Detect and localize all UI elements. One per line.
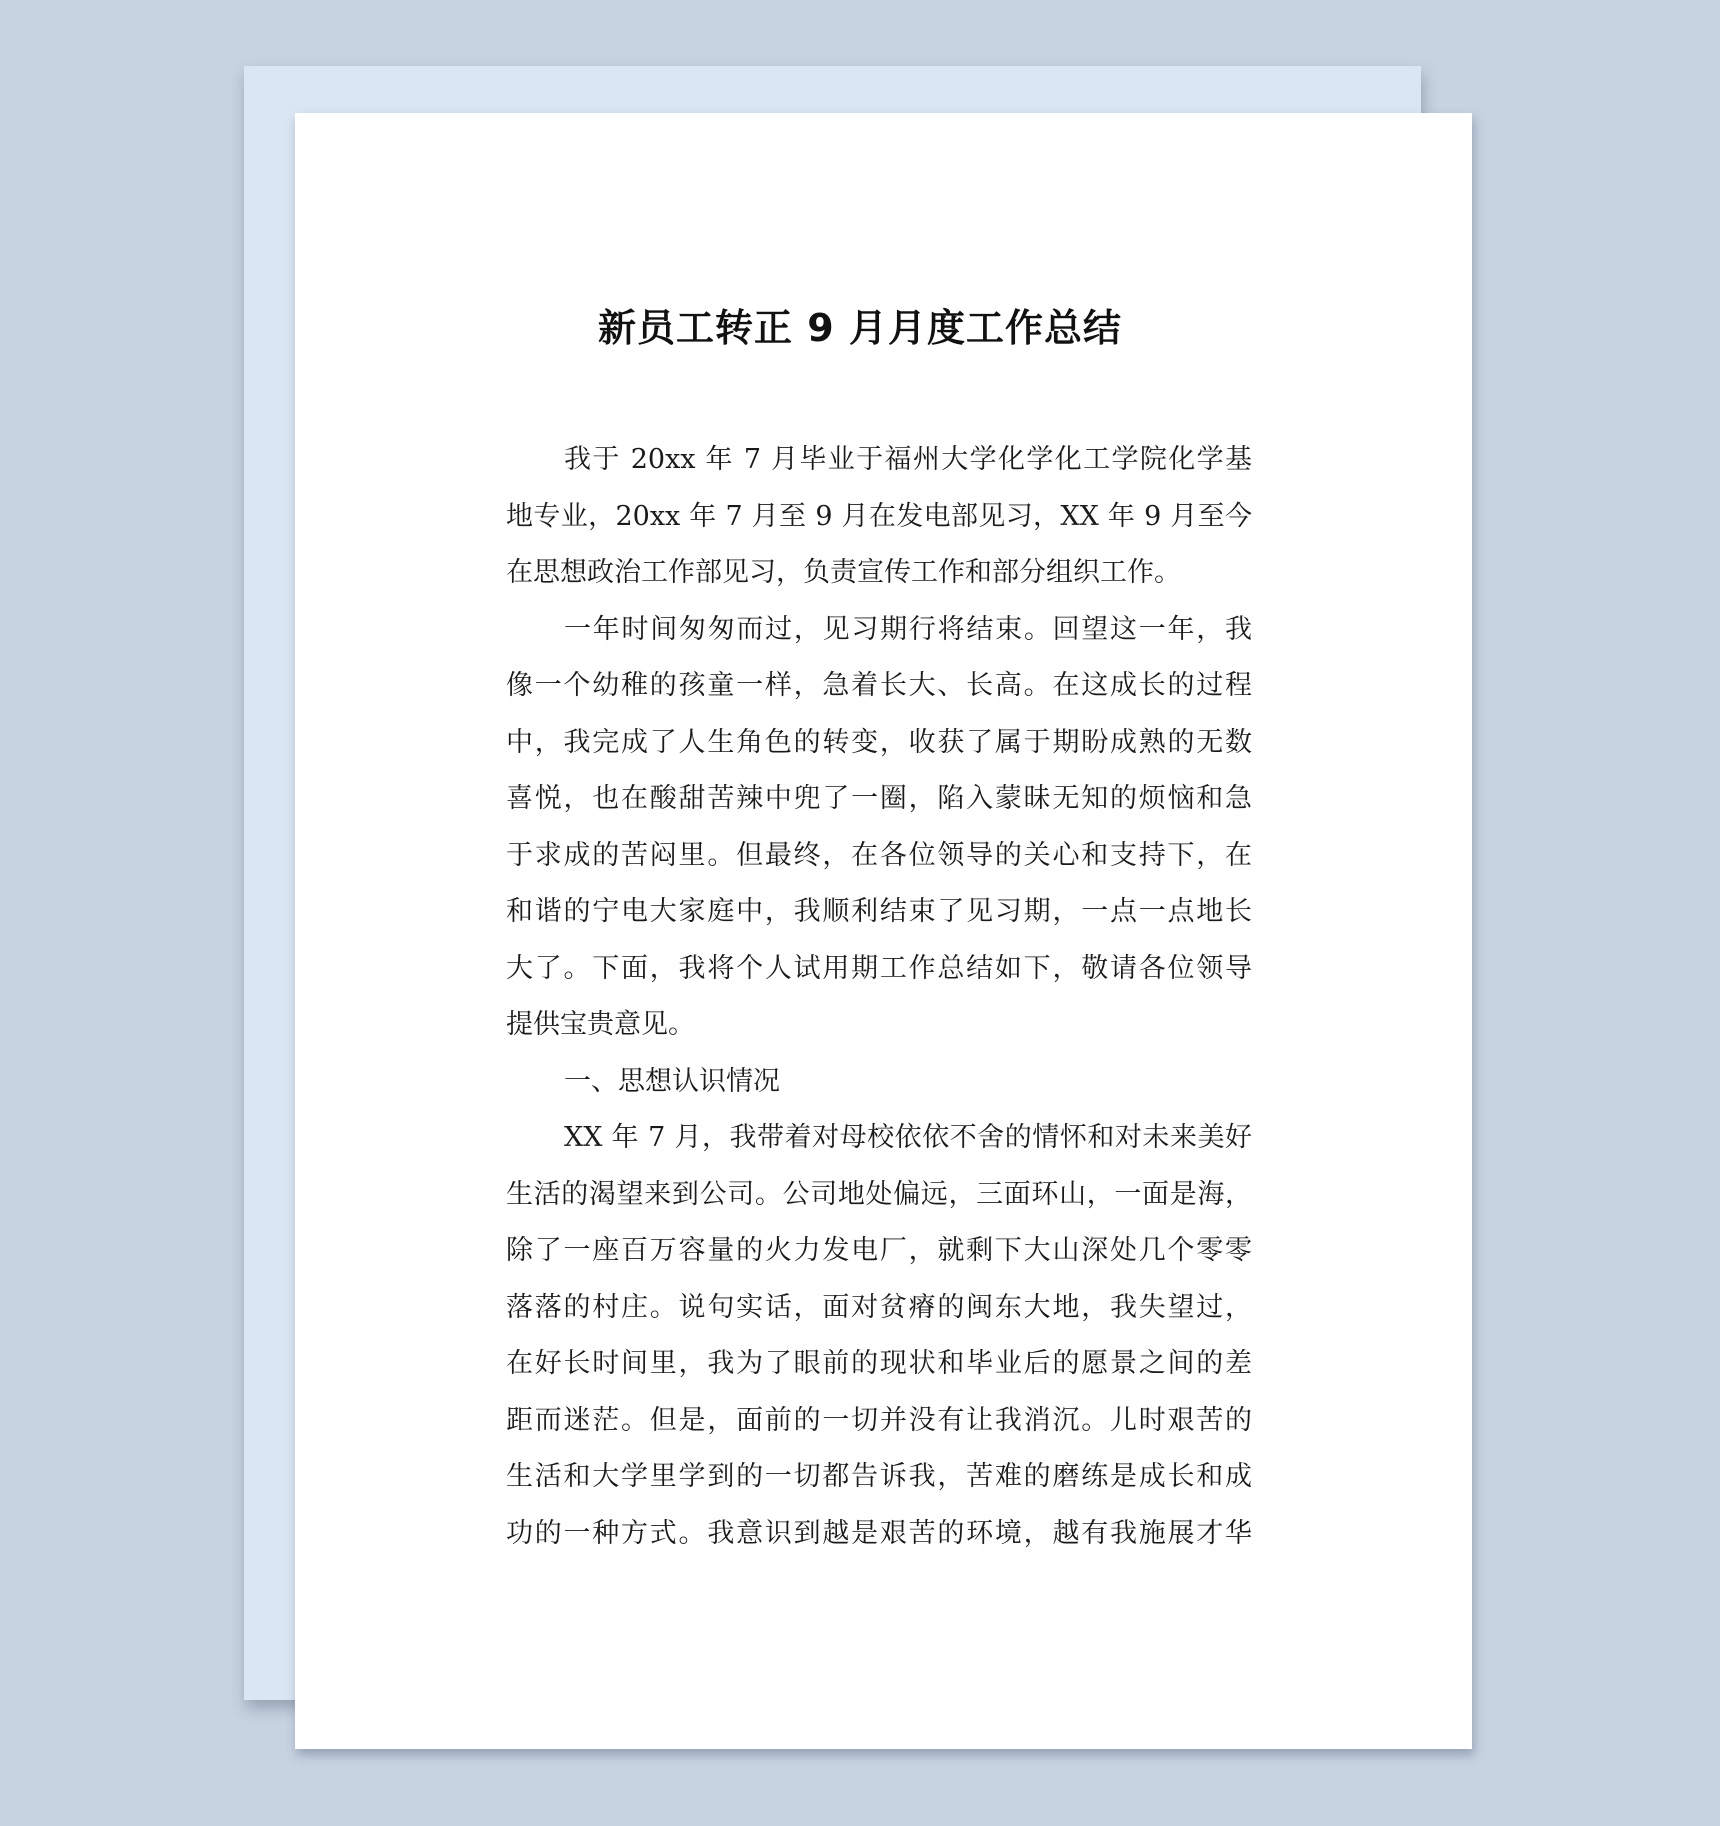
paragraph-2-line-1: 一年时间匆匆而过，见习期行将结束。回望这一年，我 [506, 602, 1252, 659]
paragraph-3-line-7: 生活和大学里学到的一切都告诉我，苦难的磨练是成长和成 [506, 1449, 1252, 1506]
paragraph-2-line-7: 大了。下面，我将个人试用期工作总结如下，敬请各位领导 [506, 941, 1252, 998]
paragraph-3-line-4: 落落的村庄。说句实话，面对贫瘠的闽东大地，我失望过， [506, 1280, 1252, 1337]
paragraph-3-line-1: XX 年 7 月，我带着对母校依依不舍的情怀和对未来美好 [506, 1110, 1252, 1167]
paragraph-3-line-3: 除了一座百万容量的火力发电厂，就剩下大山深处几个零零 [506, 1223, 1252, 1280]
paragraph-1-line-3: 在思想政治工作部见习，负责宣传工作和部分组织工作。 [506, 545, 1252, 602]
paragraph-3-line-5: 在好长时间里，我为了眼前的现状和毕业后的愿景之间的差 [506, 1336, 1252, 1393]
paragraph-1-line-2: 地专业，20xx 年 7 月至 9 月在发电部见习，XX 年 9 月至今 [506, 489, 1252, 546]
section-heading: 一、思想认识情况 [506, 1054, 1252, 1111]
paragraph-2-line-5: 于求成的苦闷里。但最终，在各位领导的关心和支持下，在 [506, 828, 1252, 885]
paragraph-3-line-6: 距而迷茫。但是，面前的一切并没有让我消沉。儿时艰苦的 [506, 1393, 1252, 1450]
paragraph-2-line-2: 像一个幼稚的孩童一样，急着长大、长高。在这成长的过程 [506, 658, 1252, 715]
paragraph-2-line-6: 和谐的宁电大家庭中，我顺利结束了见习期，一点一点地长 [506, 884, 1252, 941]
paragraph-3-line-2: 生活的渴望来到公司。公司地处偏远，三面环山，一面是海， [506, 1167, 1252, 1224]
paragraph-2-line-8: 提供宝贵意见。 [506, 997, 1252, 1054]
paragraph-2-line-3: 中，我完成了人生角色的转变，收获了属于期盼成熟的无数 [506, 715, 1252, 772]
paragraph-2-line-4: 喜悦，也在酸甜苦辣中兜了一圈，陷入蒙昧无知的烦恼和急 [506, 771, 1252, 828]
document-body: 我于 20xx 年 7 月毕业于福州大学化学化工学院化学基 地专业，20xx 年… [506, 432, 1252, 1562]
document-title: 新员工转正 9 月月度工作总结 [0, 302, 1720, 354]
paragraph-1-line-1: 我于 20xx 年 7 月毕业于福州大学化学化工学院化学基 [506, 432, 1252, 489]
paragraph-3-line-8: 功的一种方式。我意识到越是艰苦的环境，越有我施展才华 [506, 1506, 1252, 1563]
